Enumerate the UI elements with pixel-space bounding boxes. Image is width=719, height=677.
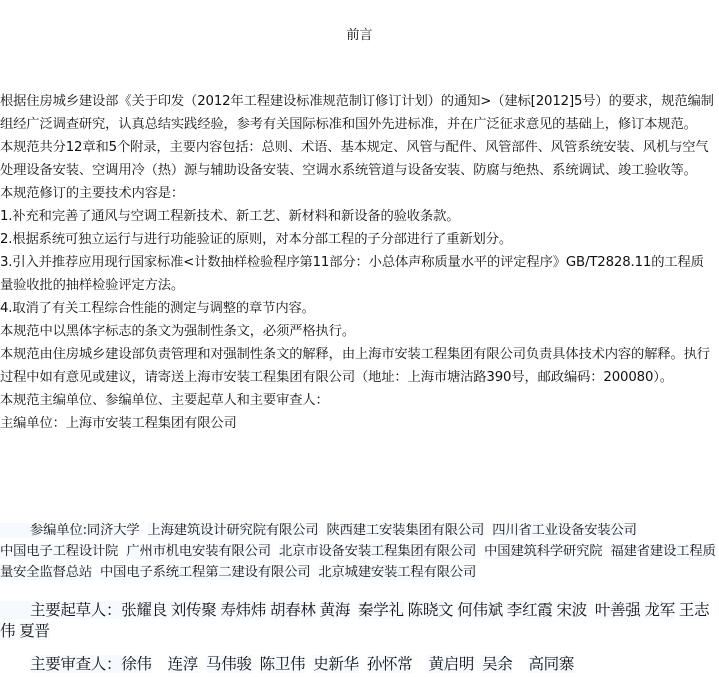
drafter-name: 陈晓文 [408,601,454,619]
drafter-name: 刘传聚 [171,601,217,619]
paragraph-management: 本规范由住房城乡建设部负责管理和对强制性条文的解释，由上海市安装工程集团有限公司… [0,343,716,389]
drafters-label: 主要起草人： [0,601,121,619]
paragraph-revision-2: 2.根据系统可独立运行与进行功能验证的原则，对本分部工程的子分部进行了重新划分。 [0,228,716,251]
paragraph-mandatory: 本规范中以黑体字标志的条文为强制性条文，必须严格执行。 [0,320,716,343]
paragraph-revision-intro: 本规范修订的主要技术内容是： [0,182,716,205]
reviewer-name: 陈卫伟 [260,655,306,673]
drafter-name: 叶善强 [595,601,641,619]
reviewers-label: 主要审查人： [30,655,121,673]
participating-units: 参编单位:同济大学上海建筑设计研究院有限公司陕西建工安装集团有限公司四川省工业设… [0,520,716,583]
unit-item: 同济大学 [87,523,140,538]
unit-item: 陕西建工安装集团有限公司 [326,523,484,538]
drafter-name: 何伟斌 [457,601,503,619]
reviewer-name: 吴余 [482,655,512,673]
drafter-name: 秦学礼 [358,601,404,619]
reviewer-name: 徐伟 [121,655,151,673]
unit-item: 北京城建安装工程有限公司 [318,565,476,580]
unit-item: 北京市设备安装工程集团有限公司 [279,544,476,559]
preface-body: 根据住房城乡建设部《关于印发（2012年工程建设标准规范制订修订计划）的通知>（… [0,90,716,435]
paragraph-revision-1: 1.补充和完善了通风与空调工程新技术、新工艺、新材料和新设备的验收条款。 [0,205,716,228]
unit-item: 中国电子系统工程第二建设有限公司 [100,565,310,580]
reviewer-name: 史新华 [313,655,359,673]
paragraph-revision-3: 3.引入并推荐应用现行国家标准<计数抽样检验程序第11部分：小总体声称质量水平的… [0,251,716,297]
reviewer-name: 黄启明 [428,655,474,673]
page-title: 前言 [0,27,719,45]
reviewer-name: 连淳 [168,655,198,673]
drafter-name: 张耀良 [121,601,167,619]
main-drafters: 主要起草人：张耀良刘传聚寿炜炜胡春林黄海秦学礼陈晓文何伟斌李红霞宋波叶善强龙军王… [0,600,716,642]
reviewer-name: 马伟骏 [206,655,252,673]
paragraph-revision-4: 4.取消了有关工程综合性能的测定与调整的章节内容。 [0,297,716,320]
paragraph-chief-unit: 主编单位：上海市安装工程集团有限公司 [0,412,716,435]
unit-item: 中国电子工程设计院 [0,544,118,559]
drafter-name: 宋波 [556,601,586,619]
paragraph-background: 根据住房城乡建设部《关于印发（2012年工程建设标准规范制订修订计划）的通知>（… [0,90,716,136]
paragraph-contents: 本规范共分12章和5个附录，主要内容包括：总则、术语、基本规定、风管与配件、风管… [0,136,716,182]
unit-item: 上海建筑设计研究院有限公司 [148,523,319,538]
drafter-name: 夏晋 [19,622,49,640]
drafter-name: 黄海 [320,601,350,619]
paragraph-credits-intro: 本规范主编单位、参编单位、主要起草人和主要审查人： [0,389,716,412]
reviewer-name: 孙怀常 [367,655,413,673]
participating-units-label: 参编单位: [0,523,87,538]
drafter-name: 龙军 [645,601,675,619]
main-reviewers: 主要审查人：徐伟连淳马伟骏陈卫伟史新华孙怀常黄启明吴余高同寨 [30,654,574,675]
drafter-name: 李红霞 [507,601,553,619]
unit-item: 广州市机电安装有限公司 [126,544,271,559]
unit-item: 中国建筑科学研究院 [484,544,602,559]
drafter-name: 寿炜炜 [220,601,266,619]
drafter-name: 胡春林 [270,601,316,619]
reviewer-name: 高同寨 [528,655,574,673]
unit-item: 四川省工业设备安装公司 [492,523,637,538]
